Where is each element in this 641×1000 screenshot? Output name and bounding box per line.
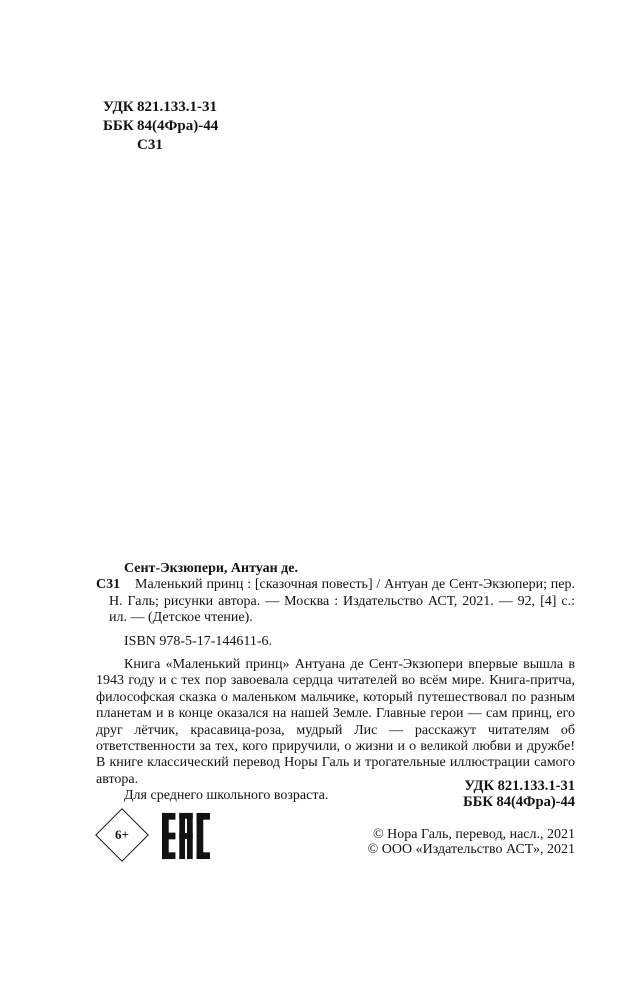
udk-value: 821.133.1-31: [137, 98, 217, 117]
copyright-line: © ООО «Издательство АСТ», 2021: [368, 842, 575, 857]
author-heading: Сент-Экзюпери, Антуан де.: [96, 561, 575, 577]
isbn: ISBN 978-5-17-144611-6.: [96, 634, 575, 650]
udk-row: УДК 821.133.1-31: [103, 98, 218, 117]
catalog-description: Маленький принц : [сказочная повесть] / …: [109, 577, 575, 625]
book-imprint-page: УДК 821.133.1-31 ББК 84(4Фра)-44 С31 Сен…: [0, 0, 641, 1000]
bbk-label: ББК: [103, 117, 137, 136]
code-row: С31: [103, 136, 218, 155]
bbk-value: 84(4Фра)-44: [137, 117, 218, 136]
catalog-code-top: С31: [137, 136, 163, 155]
right-udk-line: УДК 821.133.1-31: [463, 778, 575, 794]
classification-right-block: УДК 821.133.1-31 ББК 84(4Фра)-44: [463, 778, 575, 810]
copyright-line: © Нора Галь, перевод, насл., 2021: [368, 827, 575, 842]
age-rating-text: 6+: [115, 827, 129, 843]
right-bbk-line: ББК 84(4Фра)-44: [463, 794, 575, 810]
eac-conformity-icon: [162, 812, 210, 865]
age-rating-badge: 6+: [95, 808, 149, 862]
bbk-row: ББК 84(4Фра)-44: [103, 117, 218, 136]
catalog-entry: С31 Маленький принц : [сказочная повесть…: [109, 577, 575, 626]
catalog-code-margin: С31: [96, 577, 120, 593]
main-text-block: Сент-Экзюпери, Антуан де. С31 Маленький …: [96, 561, 575, 805]
classification-block: УДК 821.133.1-31 ББК 84(4Фра)-44 С31: [103, 98, 218, 155]
copyright-block: © Нора Галь, перевод, насл., 2021 © ООО …: [368, 827, 575, 858]
annotation-paragraph: Книга «Маленький принц» Антуана де Сент-…: [96, 657, 575, 788]
udk-label: УДК: [103, 98, 137, 117]
